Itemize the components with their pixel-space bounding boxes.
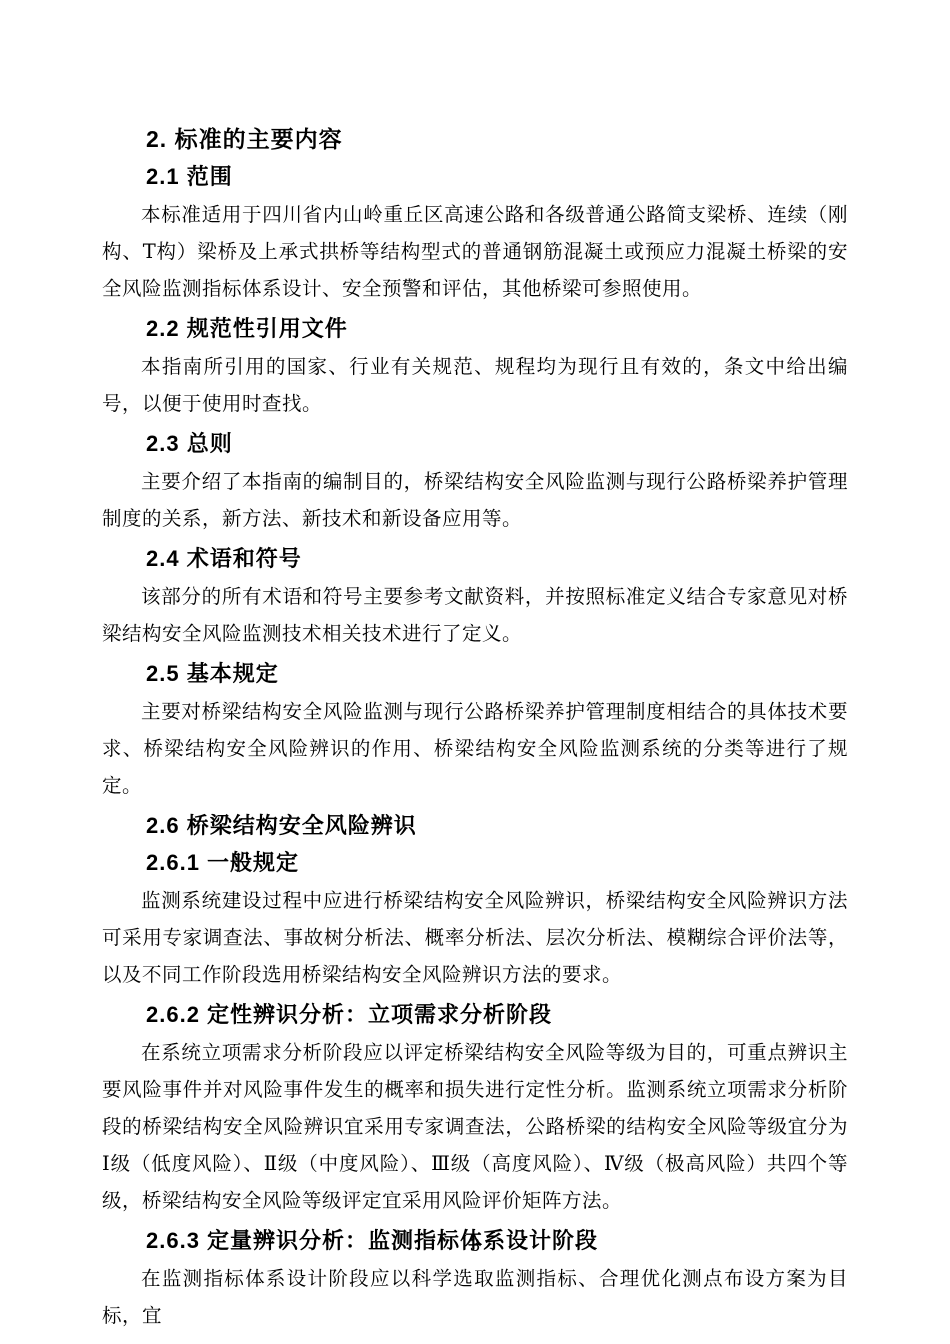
- section-body-2-3: 主要介绍了本指南的编制目的，桥梁结构安全风险监测与现行公路桥梁养护管理制度的关系…: [102, 463, 848, 537]
- section-body-2-6-3: 在监测指标体系设计阶段应以科学选取监测指标、合理优化测点布设方案为目标，宜: [102, 1260, 848, 1334]
- section-heading-2-2: 2.2 规范性引用文件: [102, 313, 848, 344]
- page-number: 3: [0, 1236, 950, 1256]
- section-body-2-5: 主要对桥梁结构安全风险监测与现行公路桥梁养护管理制度相结合的具体技术要求、桥梁结…: [102, 693, 848, 804]
- section-heading-2-3: 2.3 总则: [102, 428, 848, 459]
- section-heading-2-6: 2.6 桥梁结构安全风险辨识: [102, 810, 848, 841]
- section-heading-2-6-2: 2.6.2 定性辨识分析：立项需求分析阶段: [102, 999, 848, 1030]
- section-body-2-2: 本指南所引用的国家、行业有关规范、规程均为现行且有效的，条文中给出编号，以便于使…: [102, 348, 848, 422]
- section-body-2-4: 该部分的所有术语和符号主要参考文献资料，并按照标准定义结合专家意见对桥梁结构安全…: [102, 578, 848, 652]
- section-heading-2-1: 2.1 范围: [102, 161, 848, 192]
- section-heading-2-5: 2.5 基本规定: [102, 658, 848, 689]
- section-heading-2-6-1: 2.6.1 一般规定: [102, 847, 848, 878]
- section-body-2-6-1: 监测系统建设过程中应进行桥梁结构安全风险辨识，桥梁结构安全风险辨识方法可采用专家…: [102, 882, 848, 993]
- document-page: 2. 标准的主要内容 2.1 范围 本标准适用于四川省内山岭重丘区高速公路和各级…: [0, 0, 950, 1344]
- section-heading-2-4: 2.4 术语和符号: [102, 543, 848, 574]
- section-body-2-6-2: 在系统立项需求分析阶段应以评定桥梁结构安全风险等级为目的，可重点辨识主要风险事件…: [102, 1034, 848, 1219]
- main-heading: 2. 标准的主要内容: [102, 124, 848, 155]
- section-body-2-1: 本标准适用于四川省内山岭重丘区高速公路和各级普通公路简支梁桥、连续（刚构、T构）…: [102, 196, 848, 307]
